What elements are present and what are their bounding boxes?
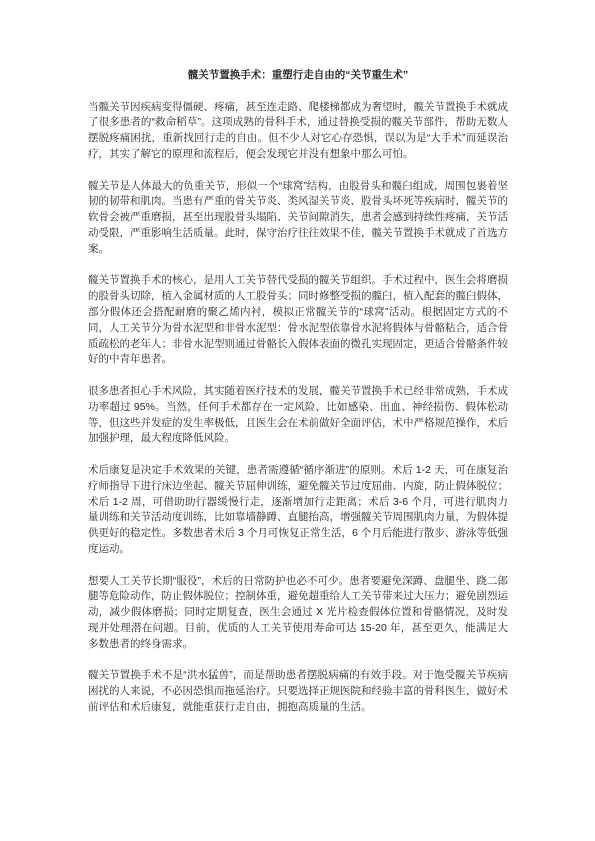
paragraph-daily-care: 想要人工关节长期“服役”，术后的日常防护也必不可少。患者要避免深蹲、盘腿坐、跷二…: [88, 574, 508, 653]
paragraph-anatomy: 髋关节是人体最大的负重关节，形似一个“球窝”结构，由股骨头和髋臼组成，周围包裹着…: [88, 179, 508, 258]
paragraph-intro: 当髋关节因疾病变得僵硬、疼痛，甚至连走路、爬楼梯都成为奢望时，髋关节置换手术就成…: [88, 100, 508, 163]
paragraph-rehab: 术后康复是决定手术效果的关键，患者需遵循“循序渐进”的原则。术后 1-2 天，可…: [88, 463, 508, 558]
paragraph-conclusion: 髋关节置换手术不是“洪水猛兽”，而是帮助患者摆脱病痛的有效手段。对于饱受髋关节疾…: [88, 668, 508, 715]
paragraph-risk: 很多患者担心手术风险，其实随着医疗技术的发展，髋关节置换手术已经非常成熟，手术成…: [88, 384, 508, 447]
paragraph-procedure: 髋关节置换手术的核心，是用人工关节替代受损的髋关节组织。手术过程中，医生会将磨损…: [88, 273, 508, 368]
document-page: 髋关节置换手术：重塑行走自由的“关节重生术” 当髋关节因疾病变得僵硬、疼痛，甚至…: [0, 0, 595, 841]
document-title: 髋关节置换手术：重塑行走自由的“关节重生术”: [88, 68, 508, 84]
